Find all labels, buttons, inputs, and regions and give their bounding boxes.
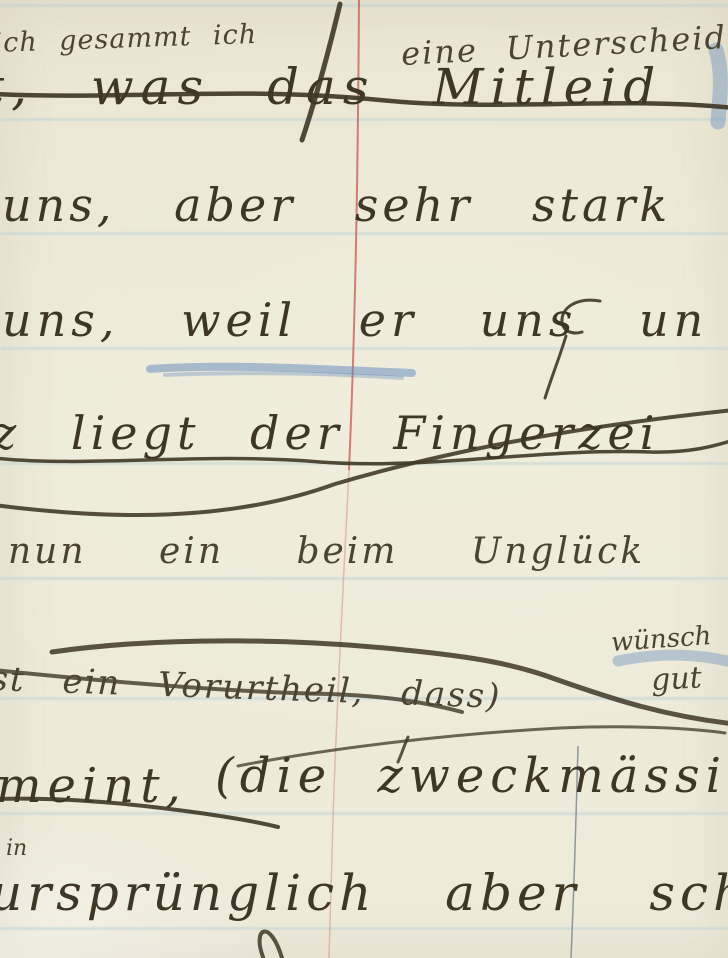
handwriting-margin-wuensch: wünsch — [610, 623, 712, 656]
handwriting-weil-line: uns, weil er uns un — [2, 297, 708, 343]
ink-stray-loop-bottom — [260, 932, 282, 958]
handwriting-stark-line: uns, aber sehr stark — [2, 182, 671, 228]
handwriting-meint-word: meint, — [0, 762, 187, 810]
handwriting-mitleid-line: t, was das Mitleid — [0, 62, 662, 112]
handwriting-urspruenglich-line: ursprünglich aber schn — [0, 868, 728, 918]
handwriting-zweckmaessig-line: (die zweckmässig — [215, 752, 728, 800]
manuscript-page: empfunden, der ich gesammt ich eine Unte… — [0, 0, 728, 958]
handwriting-finger-line: z liegt der Fingerzei — [0, 410, 659, 456]
handwriting-unglueck-line: nun ein beim Unglück — [8, 534, 645, 570]
handwriting-insert-in: in — [6, 838, 27, 860]
blue-pencil-mark-edge — [716, 50, 720, 122]
stroke-overlay — [0, 0, 728, 958]
handwriting-margin-gut: gut — [650, 663, 702, 696]
